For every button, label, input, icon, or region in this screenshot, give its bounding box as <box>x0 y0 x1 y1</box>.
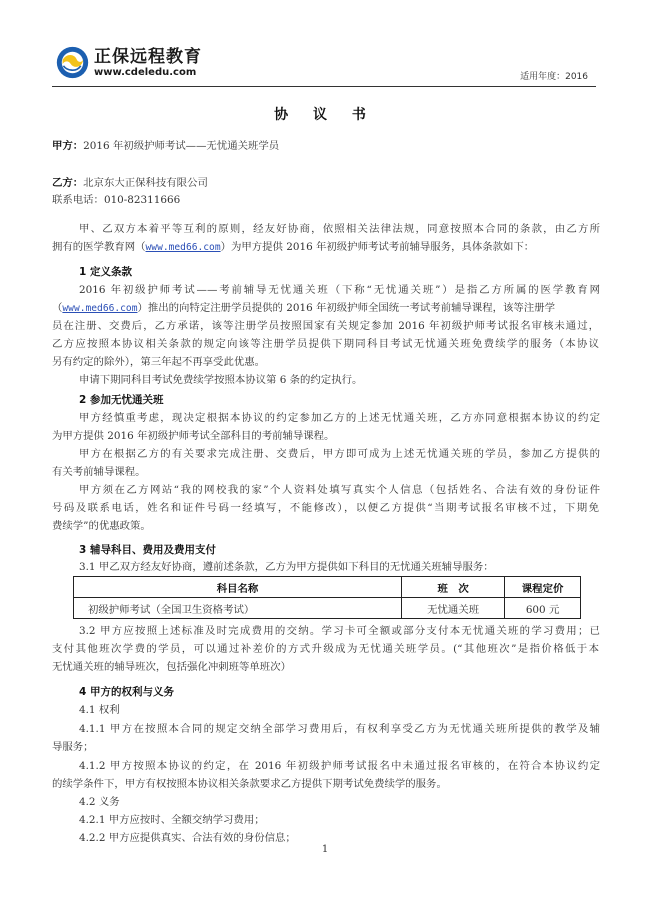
section-1-line: （www.med66.com）推出的向特定注册学员提供的 2016 年初级护师全… <box>52 301 555 316</box>
section-1-line: 乙方应按照本协议相关条款的规定向该等注册学员提供下期同科目考试无忧通关班免费续学… <box>52 337 599 351</box>
section-3-heading: 3 辅导科目、费用及费用支付 <box>79 543 216 557</box>
section-4-line: 4.1.2 甲方按照本协议的约定，在 2016 年初级护师考试报名中未通过报名审… <box>79 759 600 773</box>
section-2-line: 费续学”的优惠政策。 <box>52 519 151 533</box>
section-3-line: 3.2 甲方应按照上述标准及时完成费用的交纳。学习卡可全额或部分支付本无忧通关班… <box>79 624 600 638</box>
section-4-line: 4.2.2 甲方应提供真实、合法有效的身份信息； <box>79 831 296 845</box>
applicable-year: 适用年度：2016 <box>520 71 588 83</box>
cell-price: 600 元 <box>505 598 581 619</box>
intro-line-2: 拥有的医学教育网（www.med66.com）为甲方提供 2016 年初级护师考… <box>52 240 534 255</box>
section-4-line: 4.2.1 甲方应按时、全额交纳学习费用； <box>79 813 265 827</box>
section-2-line: 号码及联系电话，姓名和证件号码一经填写，不能修改），以便乙方提供“当期考试报名审… <box>52 501 599 515</box>
section-4-line: 导服务； <box>52 740 94 754</box>
party-a-value: 2016 年初级护师考试——无忧通关班学员 <box>83 140 279 152</box>
section-4-line: 4.1 权利 <box>79 703 120 717</box>
intro-text: 拥有的医学教育网（ <box>52 241 146 253</box>
intro-line-1: 甲、乙双方本着平等互利的原则，经友好协商，依照相关法律法规，同意按照本合同的条款… <box>79 222 600 236</box>
contact-phone: 联系电话：010-82311666 <box>52 193 180 207</box>
section-4-heading: 4 甲方的权利与义务 <box>79 685 174 699</box>
section-1-line: 申请下期同科目考试免费续学按照本协议第 6 条的约定执行。 <box>79 373 362 387</box>
party-b-label: 乙方： <box>52 177 83 189</box>
section-3-line: 无忧通关班的辅导班次，包括强化冲刺班等单班次） <box>52 660 291 674</box>
header-divider <box>52 86 596 87</box>
page-number: 1 <box>0 844 650 855</box>
party-a-label: 甲方： <box>52 140 83 152</box>
section-2-line: 甲方须在乙方网站“我的网校我的家”个人资料处填写真实个人信息（包括姓名、合法有效… <box>79 483 600 497</box>
column-header-subject: 科目名称 <box>74 577 402 598</box>
med66-link[interactable]: www.med66.com <box>62 303 137 314</box>
company-logo-icon <box>56 46 89 79</box>
med66-link[interactable]: www.med66.com <box>146 242 221 253</box>
table-row: 初级护师考试（全国卫生资格考试） 无忧通关班 600 元 <box>74 598 581 619</box>
section-3-line: 3.1 甲乙双方经友好协商，遵前述条款，乙方为甲方提供如下科目的无忧通关班辅导服… <box>79 560 494 574</box>
party-b-value: 北京东大正保科技有限公司 <box>83 177 208 189</box>
intro-text: ）为甲方提供 2016 年初级护师考试考前辅导服务，具体条款如下： <box>221 241 535 253</box>
paren-open: （ <box>52 302 62 314</box>
section-1-heading: 1 定义条款 <box>79 265 132 279</box>
section-2-line: 为甲方提供 2016 年初级护师考试全部科目的考前辅导课程。 <box>52 429 334 443</box>
brand-url: www.cdeledu.com <box>94 67 196 79</box>
fee-table: 科目名称 班 次 课程定价 初级护师考试（全国卫生资格考试） 无忧通关班 600… <box>73 576 581 619</box>
section-4-line: 4.1.1 甲方在按照本合同的规定交纳全部学习费用后，有权利享受乙方为无忧通关班… <box>79 722 600 736</box>
document-title: 协 议 书 <box>0 104 650 124</box>
section-4-line: 4.2 义务 <box>79 795 120 809</box>
document-page: 正保远程教育 www.cdeledu.com 适用年度：2016 协 议 书 甲… <box>0 0 650 919</box>
party-b: 乙方：北京东大正保科技有限公司 <box>52 176 208 190</box>
section-2-line: 有关考前辅导课程。 <box>52 465 146 479</box>
section-1-line: 2016 年初级护师考试——考前辅导无忧通关班（下称“无忧通关班”）是指乙方所属… <box>79 283 600 297</box>
section-2-line: 甲方在根据乙方的有关要求完成注册、交费后，甲方即可成为上述无忧通关班的学员，参加… <box>79 447 600 461</box>
section-1-text: ）推出的向特定注册学员提供的 2016 年初级护师全国统一考试考前辅导课程，该等… <box>137 302 555 314</box>
cell-class: 无忧通关班 <box>402 598 505 619</box>
party-a: 甲方：2016 年初级护师考试——无忧通关班学员 <box>52 139 279 153</box>
section-2-line: 甲方经慎重考虑，现决定根据本协议的约定参加乙方的上述无忧通关班，乙方亦同意根据本… <box>79 411 600 425</box>
column-header-class: 班 次 <box>402 577 505 598</box>
section-2-heading: 2 参加无忧通关班 <box>79 393 163 407</box>
section-3-line: 支付其他班次学费的学员，可以通过补差价的方式升级成为无忧通关班学员。(“其他班次… <box>52 642 599 656</box>
brand-name: 正保远程教育 <box>94 47 202 67</box>
section-1-line: 另有约定的除外），第三年起不再享受此优惠。 <box>52 355 265 369</box>
cell-subject: 初级护师考试（全国卫生资格考试） <box>74 598 402 619</box>
column-header-price: 课程定价 <box>505 577 581 598</box>
table-header-row: 科目名称 班 次 课程定价 <box>74 577 581 598</box>
section-1-line: 员在注册、交费后，乙方承诺，该等注册学员按照国家有关规定参加 2016 年初级护… <box>52 319 599 333</box>
section-4-line: 的续学条件下，甲方有权按照本协议相关条款要求乙方提供下期考试免费续学的服务。 <box>52 777 447 791</box>
